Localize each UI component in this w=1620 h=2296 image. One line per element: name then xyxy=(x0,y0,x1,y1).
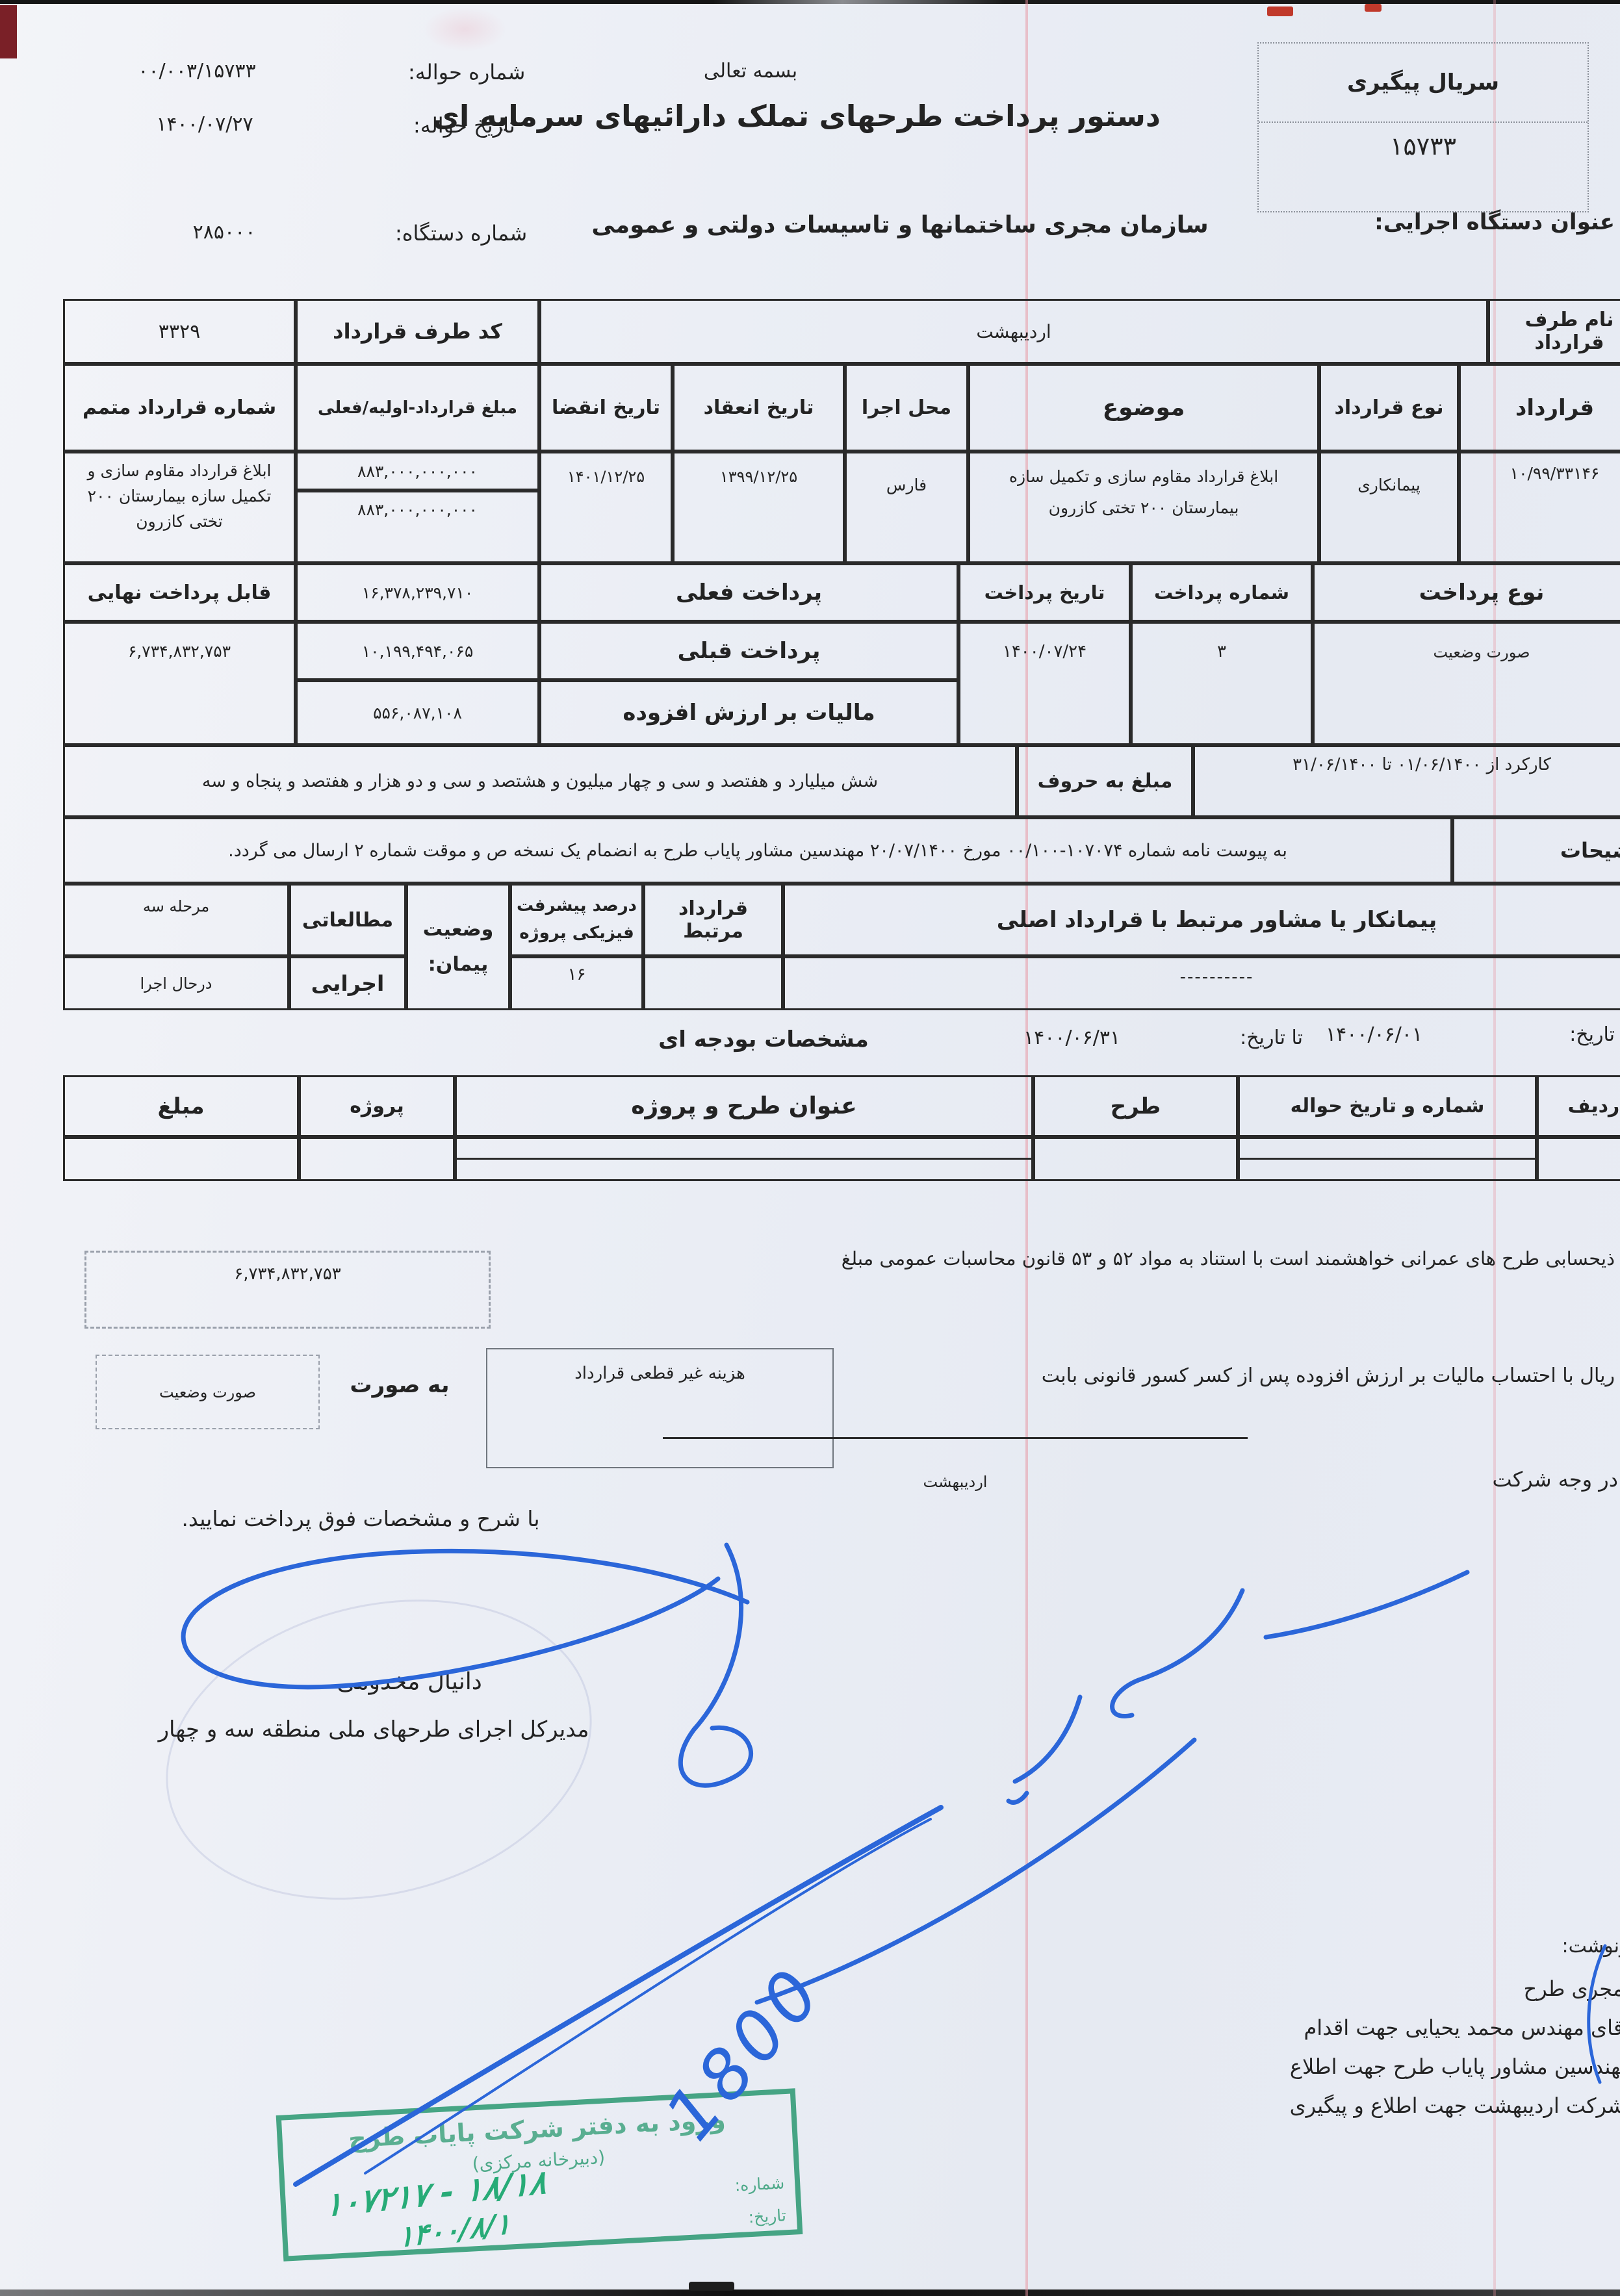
order-as-label: به صورت xyxy=(338,1372,461,1398)
basmala: بسمه تعالی xyxy=(643,60,858,83)
phase-label: مرحله سه xyxy=(143,897,209,915)
previous-label-cell: پرداخت قبلی xyxy=(539,622,958,680)
budget-col-project-cell: پروژه xyxy=(299,1075,455,1137)
consultant-value: ---------- xyxy=(1180,967,1254,987)
stamp-date-label: تاریخ: xyxy=(748,2206,787,2226)
notes-label: توضیحات xyxy=(1560,838,1620,863)
pay-no-label: شماره پرداخت xyxy=(1154,581,1289,604)
order-amount-box: ۶,۷۳۴,۸۳۲,۷۵۳ xyxy=(84,1251,491,1329)
party-code-label-cell: کد طرف قرارداد xyxy=(296,299,539,364)
pay-date-value-cell: ۱۴۰۰/۰۷/۲۴ xyxy=(958,622,1131,745)
receipt-stamp: ورود به دفتر شرکت پایاب طرح (دبیرخانه مر… xyxy=(276,2088,803,2262)
device-no-value: ۲۸۵۰۰۰ xyxy=(159,221,289,244)
type-value: پیمانکاری xyxy=(1357,476,1421,494)
cc-item-engineer: آقای مهندس محمد یحیایی جهت اقدام xyxy=(1304,2015,1620,2040)
signatory-name: دانیال مخدومی xyxy=(279,1668,539,1695)
contract-no: ۱۰/۹۹/۳۳۱۴۶ xyxy=(1510,464,1600,483)
amount-words-label-cell: مبلغ به حروف xyxy=(1017,745,1193,817)
pay-type-label-cell: نوع پرداخت xyxy=(1313,563,1620,622)
scan-red-mark-1 xyxy=(1267,6,1293,16)
budget-data-plan xyxy=(1033,1137,1238,1181)
order-line3: با شرح و مشخصات فوق پرداخت نمایید. xyxy=(127,1506,595,1531)
location-value-cell: فارس xyxy=(845,452,968,563)
progress-label: درصد پیشرفت فیزیکی پروژه xyxy=(516,893,637,947)
order-as-box: صورت وضعیت xyxy=(96,1355,320,1429)
notes-value: به پیوست نامه شماره ۱۰۷۰۷۴-۰۰/۱۰۰ مورخ ۲… xyxy=(228,841,1287,861)
related-label: قرارداد مرتبط xyxy=(645,897,781,943)
related-value-cell xyxy=(643,956,783,1010)
col-location: محل اجرا xyxy=(862,396,951,419)
amount-words-value-cell: شش میلیارد و هفتصد و سی و چهار میلیون و … xyxy=(63,745,1017,817)
scanned-payment-order-document: سریال پیگیری ۱۵۷۳۳ بسمه تعالی دستور پردا… xyxy=(0,0,1620,2296)
work-period: کارکرد از ۰۱/۰۶/۱۴۰۰ تا ۳۱/۰۶/۱۴۰۰ xyxy=(1292,755,1551,774)
current-value-cell: ۱۶,۳۷۸,۲۳۹,۷۱۰ xyxy=(296,563,539,622)
budget-col-title-cell: عنوان طرح و پروژه xyxy=(455,1075,1033,1137)
location-value: فارس xyxy=(886,476,927,494)
related-label-cell: قرارداد مرتبط xyxy=(643,884,783,956)
budget-col-havaleh-cell: شماره و تاریخ حواله xyxy=(1238,1075,1537,1137)
subject-value: ابلاغ قرارداد مقاوم سازی و تکمیل سازه بی… xyxy=(979,461,1308,523)
payee-box: اردیبهشت xyxy=(663,1437,1248,1525)
annotation-scribble-2 xyxy=(1112,1590,1242,1716)
progress-value-cell: ۱۶ xyxy=(510,956,643,1010)
phase-label-cell: مرحله سه xyxy=(63,884,289,956)
budget-data-project xyxy=(299,1137,455,1181)
study-label-cell: مطالعاتی xyxy=(289,884,406,956)
annotation-scribble-1 xyxy=(1266,1572,1467,1637)
amount-words-label: مبلغ به حروف xyxy=(1038,770,1173,793)
scan-bottom-edge xyxy=(0,2290,1620,2296)
budget-col-amount-cell: مبلغ xyxy=(63,1075,299,1137)
budget-data-amount xyxy=(63,1137,299,1181)
signatory-title: مدیرکل اجرای طرحهای ملی منطقه سه و چهار xyxy=(114,1716,634,1742)
budget-data-row xyxy=(1537,1137,1620,1181)
amount-words-value: شش میلیارد و هفتصد و سی و چهار میلیون و … xyxy=(202,771,878,791)
supplement-value-cell: ابلاغ قرارداد مقاوم سازی و تکمیل سازه بی… xyxy=(63,452,296,563)
scan-red-mark-corner xyxy=(0,5,17,58)
budget-col-row-cell: ردیف xyxy=(1537,1075,1620,1137)
progress-value: ۱۶ xyxy=(568,965,586,984)
havaleh-date-value: ۱۴۰۰/۰۷/۲۷ xyxy=(123,113,286,136)
tracking-serial-label-row: سریال پیگیری xyxy=(1259,44,1588,123)
cc-item-executor: مجری طرح xyxy=(1524,1976,1620,2001)
expire-value: ۱۴۰۱/۱۲/۲۵ xyxy=(567,468,645,486)
amount-current: ۸۸۳,۰۰۰,۰۰۰,۰۰۰ xyxy=(357,500,478,519)
consultant-value-cell: ---------- xyxy=(783,956,1620,1010)
stamp-no-label: شماره: xyxy=(734,2173,785,2195)
study-label: مطالعاتی xyxy=(302,909,393,932)
scan-red-mark-2 xyxy=(1365,4,1382,12)
budget-col-row: ردیف xyxy=(1568,1095,1620,1117)
subject-value-cell: ابلاغ قرارداد مقاوم سازی و تکمیل سازه بی… xyxy=(968,452,1319,563)
party-month-cell: اردیبهشت xyxy=(539,299,1488,364)
cc-item-consultant: مهندسین مشاور پایاب طرح جهت اطلاع xyxy=(1290,2054,1620,2079)
previous-label: پرداخت قبلی xyxy=(678,638,821,664)
col-expire-cell: تاریخ انقضا xyxy=(539,364,673,452)
study-value-cell: اجرایی xyxy=(289,956,406,1010)
budget-section-title: مشخصات بودجه ای xyxy=(656,1027,871,1052)
vat-value: ۵۵۶,۰۸۷,۱۰۸ xyxy=(373,704,462,722)
col-location-cell: محل اجرا xyxy=(845,364,968,452)
col-subject: موضوع xyxy=(1103,394,1185,421)
party-label: نام طرف قرارداد xyxy=(1490,309,1620,354)
agency-label: عنوان دستگاه اجرایی: xyxy=(1391,209,1615,235)
amount-current-cell: ۸۸۳,۰۰۰,۰۰۰,۰۰۰ xyxy=(296,491,539,563)
order-line1: ذیحسابی طرح های عمرانی خواهشمند است با ا… xyxy=(842,1247,1615,1269)
col-sign-cell: تاریخ انعقاد xyxy=(673,364,845,452)
cc-item-company: شرکت اردیبهشت جهت اطلاع و پیگیری xyxy=(1290,2093,1620,2118)
budget-col-plan: طرح xyxy=(1111,1093,1161,1119)
budget-midline-havaleh xyxy=(1238,1158,1537,1160)
budget-col-title: عنوان طرح و پروژه xyxy=(631,1093,856,1119)
work-period-cell: کارکرد از ۰۱/۰۶/۱۴۰۰ تا ۳۱/۰۶/۱۴۰۰ xyxy=(1193,745,1620,817)
col-amount-cell: مبلغ قرارداد-اولیه/فعلی xyxy=(296,364,539,452)
tracking-serial-label: سریال پیگیری xyxy=(1347,70,1499,96)
budget-date-from: تاریخ: ۱۴۰۰/۰۶/۰۱ xyxy=(1326,1023,1615,1046)
final-value: ۶,۷۳۴,۸۳۲,۷۵۳ xyxy=(128,642,231,661)
study-value: اجرایی xyxy=(311,971,385,996)
expire-value-cell: ۱۴۰۱/۱۲/۲۵ xyxy=(539,452,673,563)
annotation-descending-stroke xyxy=(757,1740,1194,2002)
final-label: قابل پرداخت نهایی xyxy=(88,581,272,604)
vat-label-cell: مالیات بر ارزش افزوده xyxy=(539,680,958,745)
previous-value-cell: ۱۰,۱۹۹,۴۹۴,۰۶۵ xyxy=(296,622,539,680)
col-amount: مبلغ قرارداد-اولیه/فعلی xyxy=(318,398,517,418)
budget-date-to-value: ۱۴۰۰/۰۶/۳۱ xyxy=(1023,1027,1120,1049)
document-title: دستور پرداخت طرحهای تملک دارائیهای سرمای… xyxy=(472,99,1161,133)
col-expire: تاریخ انقضا xyxy=(552,396,660,419)
pay-type-label: نوع پرداخت xyxy=(1419,580,1545,606)
supplement-value: ابلاغ قرارداد مقاوم سازی و تکمیل سازه بی… xyxy=(71,459,287,534)
pay-date-label-cell: تاریخ پرداخت xyxy=(958,563,1131,622)
party-label-cell: نام طرف قرارداد xyxy=(1488,299,1620,364)
sign-value: ۱۳۹۹/۱۲/۲۵ xyxy=(720,468,797,486)
budget-date-from-label: تاریخ: xyxy=(1569,1023,1615,1046)
pay-no-label-cell: شماره پرداخت xyxy=(1131,563,1313,622)
col-subject-cell: موضوع xyxy=(968,364,1319,452)
annotation-scribble-3 xyxy=(1009,1697,1080,1802)
pay-date-value: ۱۴۰۰/۰۷/۲۴ xyxy=(1003,642,1086,661)
cc-label: رونوشت: xyxy=(1562,1935,1620,1958)
contract-no-cell: ۱۰/۹۹/۳۳۱۴۶ xyxy=(1459,452,1620,563)
agency-value: سازمان مجری ساختمانها و تاسیسات دولتی و … xyxy=(572,212,1228,238)
order-amount-value: ۶,۷۳۴,۸۳۲,۷۵۳ xyxy=(234,1264,341,1284)
col-contract: قرارداد xyxy=(1515,395,1594,421)
tracking-serial-value-row: ۱۵۷۳۳ xyxy=(1259,123,1588,211)
col-type: نوع قرارداد xyxy=(1335,396,1444,419)
phase-value-cell: درحال اجرا xyxy=(63,956,289,1010)
budget-col-project: پروژه xyxy=(350,1095,404,1117)
notes-label-cell: توضیحات xyxy=(1452,817,1620,884)
scan-smudge xyxy=(422,6,507,52)
budget-col-amount: مبلغ xyxy=(157,1093,204,1119)
budget-col-havaleh: شماره و تاریخ حواله xyxy=(1291,1095,1485,1117)
pact-status-cell: وضعیت پیمان: xyxy=(406,884,510,1010)
scan-dark-mark-bottom xyxy=(689,2282,734,2291)
party-month: اردیبهشت xyxy=(976,321,1051,342)
amount-initial-cell: ۸۸۳,۰۰۰,۰۰۰,۰۰۰ xyxy=(296,452,539,491)
amount-initial: ۸۸۳,۰۰۰,۰۰۰,۰۰۰ xyxy=(357,462,478,481)
current-label-cell: پرداخت فعلی xyxy=(539,563,958,622)
order-line2: ریال با احتساب مالیات بر ارزش افزوده پس … xyxy=(1042,1364,1615,1387)
consultant-label-cell: پیمانکار یا مشاور مرتبط با قرارداد اصلی xyxy=(783,884,1620,956)
progress-label-cell: درصد پیشرفت فیزیکی پروژه xyxy=(510,884,643,956)
payee-label: در وجه شرکت xyxy=(1482,1467,1618,1492)
party-code-value-cell: ۳۳۲۹ xyxy=(63,299,296,364)
havaleh-date-label: تاریخ حواله: xyxy=(413,113,515,138)
budget-col-plan-cell: طرح xyxy=(1033,1075,1238,1137)
col-contract-cell: قرارداد xyxy=(1459,364,1620,452)
budget-midline-title xyxy=(455,1158,1033,1160)
order-expense-label: هزینه غیر قطعی قرارداد xyxy=(574,1364,745,1383)
tracking-serial-value: ۱۵۷۳۳ xyxy=(1390,132,1456,160)
previous-value: ۱۰,۱۹۹,۴۹۴,۰۶۵ xyxy=(362,642,474,661)
phase-value: درحال اجرا xyxy=(140,975,212,993)
vat-value-cell: ۵۵۶,۰۸۷,۱۰۸ xyxy=(296,680,539,745)
sign-value-cell: ۱۳۹۹/۱۲/۲۵ xyxy=(673,452,845,563)
budget-date-to: تا تاریخ: ۱۴۰۰/۰۶/۳۱ xyxy=(1023,1027,1303,1049)
device-no-label: شماره دستگاه: xyxy=(395,221,527,246)
pay-no-value: ۳ xyxy=(1217,642,1226,661)
pay-date-label: تاریخ پرداخت xyxy=(984,581,1105,604)
consultant-label: پیمانکار یا مشاور مرتبط با قرارداد اصلی xyxy=(997,907,1437,933)
col-sign: تاریخ انعقاد xyxy=(704,396,814,419)
order-as-value: صورت وضعیت xyxy=(159,1383,256,1401)
type-value-cell: پیمانکاری xyxy=(1319,452,1459,563)
final-value-cell: ۶,۷۳۴,۸۳۲,۷۵۳ xyxy=(63,622,296,745)
faint-stamp-circle xyxy=(134,1557,624,1943)
vat-label: مالیات بر ارزش افزوده xyxy=(623,700,875,726)
pay-no-value-cell: ۳ xyxy=(1131,622,1313,745)
signature-stroke xyxy=(680,1545,751,1785)
col-supplement: شماره قرارداد متمم xyxy=(83,396,276,419)
current-value: ۱۶,۳۷۸,۲۳۹,۷۱۰ xyxy=(362,583,474,602)
havaleh-no-label: شماره حواله: xyxy=(408,60,525,84)
col-supplement-cell: شماره قرارداد متمم xyxy=(63,364,296,452)
pay-type-value: صورت وضعیت xyxy=(1434,643,1530,661)
pay-type-value-cell: صورت وضعیت xyxy=(1313,622,1620,745)
payee-value: اردیبهشت xyxy=(923,1473,988,1491)
pact-status-label: وضعیت پیمان: xyxy=(408,912,508,982)
col-type-cell: نوع قرارداد xyxy=(1319,364,1459,452)
notes-value-cell: به پیوست نامه شماره ۱۰۷۰۷۴-۰۰/۱۰۰ مورخ ۲… xyxy=(63,817,1452,884)
current-label: پرداخت فعلی xyxy=(676,580,822,606)
budget-date-to-label: تا تاریخ: xyxy=(1240,1027,1303,1049)
budget-date-from-value: ۱۴۰۰/۰۶/۰۱ xyxy=(1326,1023,1422,1046)
havaleh-no-value: ۰۰/۰۰۳/۱۵۷۳۳ xyxy=(109,60,285,83)
party-code-value: ۳۳۲۹ xyxy=(159,320,200,343)
tracking-serial-box: سریال پیگیری ۱۵۷۳۳ xyxy=(1257,42,1589,212)
final-label-cell: قابل پرداخت نهایی xyxy=(63,563,296,622)
party-code-label: کد طرف قرارداد xyxy=(333,319,502,344)
